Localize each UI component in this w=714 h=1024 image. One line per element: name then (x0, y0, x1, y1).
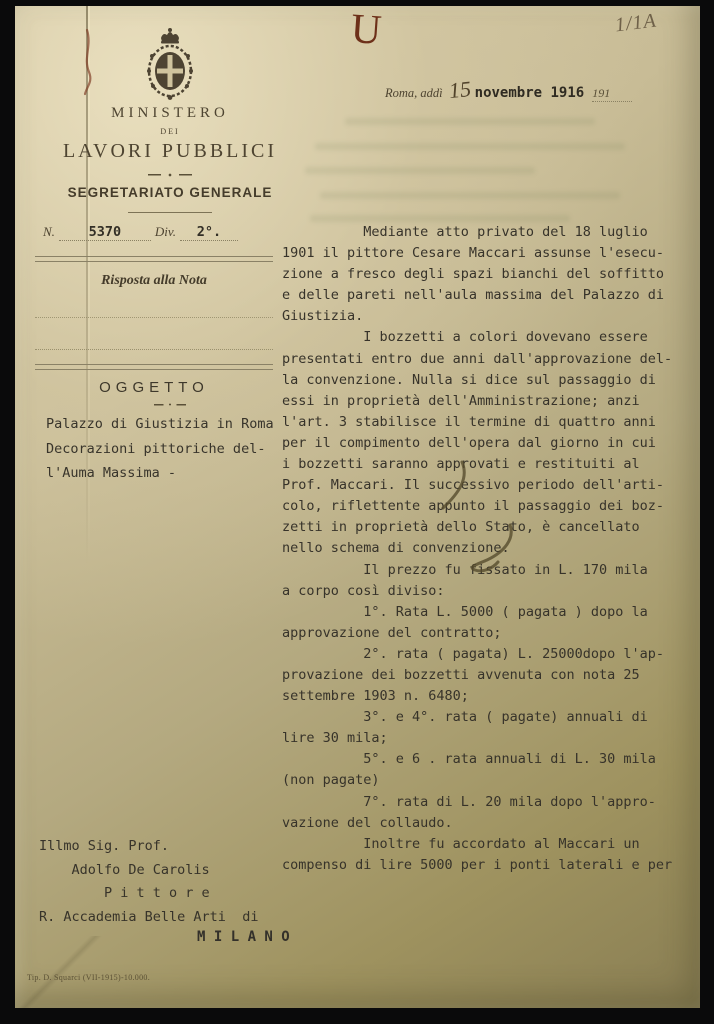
body-line: Inoltre fu accordato al Maccari un (282, 834, 690, 855)
protocol-number-value: 5370 (59, 224, 151, 241)
body-line: i bozzetti saranno approvati e restituit… (282, 454, 690, 475)
division-label: Div. (155, 224, 176, 240)
ornament-divider (148, 172, 192, 178)
ink-bleed (310, 215, 570, 222)
department-name: SEGRETARIATO GENERALE (50, 185, 290, 200)
addressee-line: Adolfo De Carolis (39, 859, 258, 883)
body-line: 3°. e 4°. rata ( pagate) annuali di (282, 707, 690, 728)
letter-body: Mediante atto privato del 18 luglio1901 … (282, 222, 690, 876)
body-line: 5°. e 6 . rata annuali di L. 30 mila (282, 749, 690, 770)
body-line: settembre 1903 n. 6480; (282, 686, 690, 707)
body-line: (non pagate) (282, 770, 690, 791)
ink-bleed (345, 118, 595, 125)
ruled-line (35, 317, 273, 319)
ruled-line (35, 364, 273, 370)
body-line: a corpo così diviso: (282, 581, 690, 602)
addressee-block: Illmo Sig. Prof. Adolfo De Carolis P i t… (39, 835, 258, 929)
body-line: la convenzione. Nulla si dice sul passag… (282, 370, 690, 391)
body-line: Il prezzo fu fissato in L. 170 mila (282, 560, 690, 581)
body-line: colo, riflettente appunto il passaggio d… (282, 496, 690, 517)
protocol-reference: N. 5370 Div. 2°. (43, 224, 277, 241)
addressee-line: P i t t o r e (39, 882, 258, 906)
body-line: 1901 il pittore Cesare Maccari assunse l… (282, 243, 690, 264)
addressee-line: Illmo Sig. Prof. (39, 835, 258, 859)
oggetto-line: l'Auma Massima - (46, 461, 286, 486)
ministry-name-line1: MINISTERO (70, 105, 270, 122)
department-rule (128, 212, 212, 213)
letter-page: U 1/1A MINISTERO DEI LAVO (15, 6, 700, 1008)
typed-date: novembre 1916 (475, 85, 585, 101)
body-line: per il compimento dell'opera dal giorno … (282, 433, 690, 454)
body-line: approvazione del contratto; (282, 623, 690, 644)
oggetto-line: Palazzo di Giustizia in Roma (46, 412, 286, 437)
dateline: Roma, addì 15 novembre 1916 191 (385, 85, 632, 102)
body-line: Prof. Maccari. Il successivo periodo del… (282, 475, 690, 496)
printed-year-stub: 191 (592, 86, 632, 102)
body-line: nello schema di convenzione. (282, 538, 690, 559)
body-line: essi in proprietà dell'Amministrazione; … (282, 391, 690, 412)
body-line: Mediante atto privato del 18 luglio (282, 222, 690, 243)
ink-bleed (315, 143, 625, 150)
date-printed-prefix: Roma, addì (385, 86, 443, 101)
ministry-name-line2: DEI (70, 127, 270, 136)
body-line: 7°. rata di L. 20 mila dopo l'appro- (282, 792, 690, 813)
handwritten-registry-mark: U (349, 5, 383, 55)
body-line: e delle pareti nell'aula massima del Pal… (282, 285, 690, 306)
body-line: compenso di lire 5000 per i ponti latera… (282, 855, 690, 876)
body-line: Giustizia. (282, 306, 690, 327)
pencil-page-number: 1/1A (614, 10, 658, 38)
ink-bleed (305, 167, 535, 174)
risposta-label: Risposta alla Nota (35, 273, 273, 289)
ruled-line (35, 256, 273, 262)
addressee-line: R. Accademia Belle Arti di (39, 906, 258, 930)
oggetto-heading: OGGETTO (35, 379, 273, 396)
body-line: I bozzetti a colori dovevano essere (282, 327, 690, 348)
handwritten-day: 15 (448, 84, 471, 96)
body-line: 2°. rata ( pagata) L. 25000dopo l'ap- (282, 644, 690, 665)
body-line: provazione dei bozzetti avvenuta con not… (282, 665, 690, 686)
ministry-name-line3: LAVORI PUBBLICI (30, 140, 310, 163)
body-line: l'art. 3 stabilisce il termine di quattr… (282, 412, 690, 433)
ruled-line (35, 349, 273, 351)
corner-crease (15, 936, 105, 1008)
body-line: presentati entro due anni dall'approvazi… (282, 349, 690, 370)
ornament-divider (154, 402, 186, 407)
body-line: zetti in proprietà dello Stato, è cancel… (282, 517, 690, 538)
oggetto-text: Palazzo di Giustizia in RomaDecorazioni … (46, 412, 286, 486)
division-value: 2°. (180, 224, 238, 241)
body-line: lire 30 mila; (282, 728, 690, 749)
oggetto-line: Decorazioni pittoriche del- (46, 437, 286, 462)
ink-bleed (320, 192, 620, 199)
body-line: vazione del collaudo. (282, 813, 690, 834)
protocol-number-label: N. (43, 224, 55, 240)
addressee-city: M I L A N O (197, 929, 290, 945)
body-line: zione a fresco degli spazi bianchi del s… (282, 264, 690, 285)
printer-imprint: Tip. D. Squarci (VII-1915)-10.000. (27, 973, 150, 982)
body-line: 1°. Rata L. 5000 ( pagata ) dopo la (282, 602, 690, 623)
savoy-coat-of-arms-icon (143, 26, 197, 104)
